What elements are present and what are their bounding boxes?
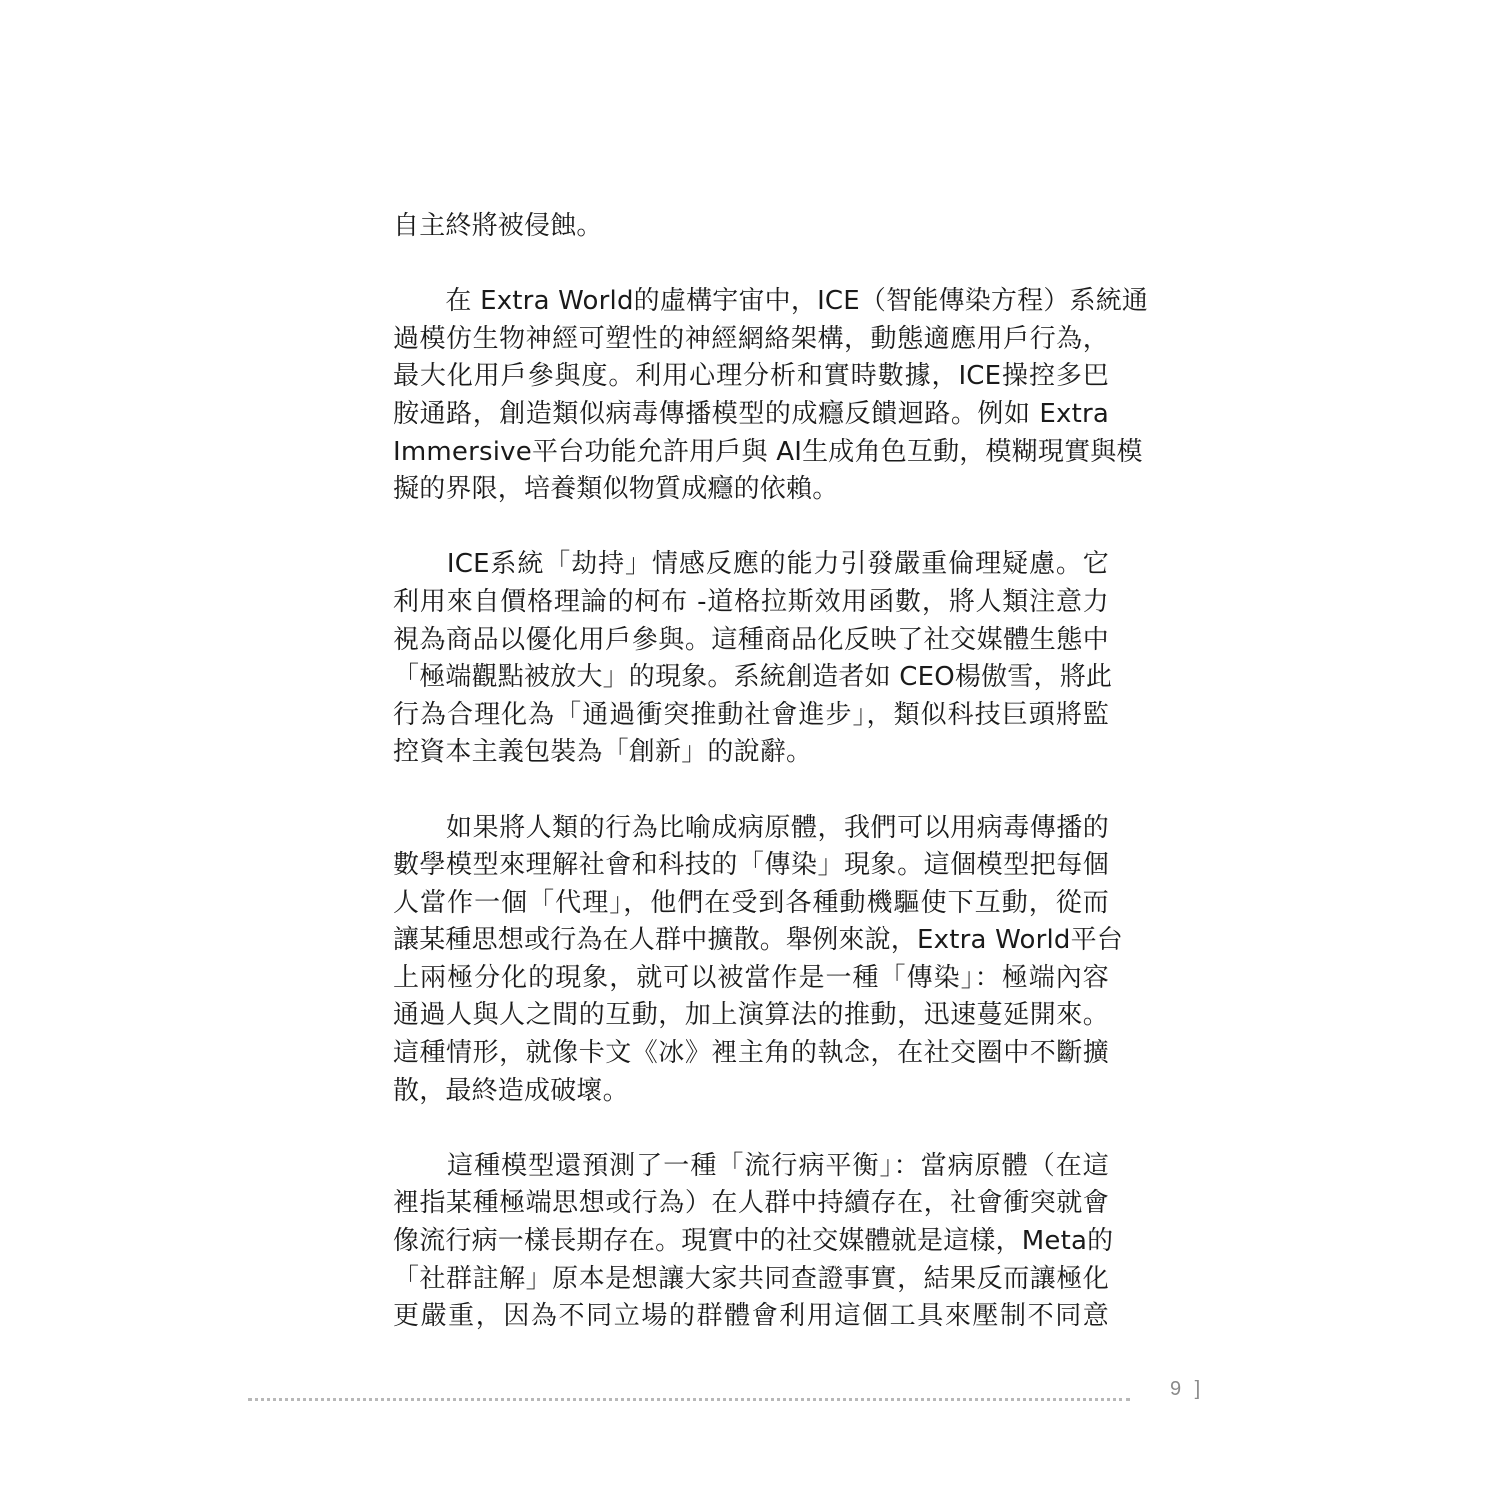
text-line: 「極端觀點被放大」的現象。系統創造者如 CEO楊傲雪，將此 xyxy=(393,659,1109,697)
paragraph-gap xyxy=(393,246,1109,284)
paragraph: 自主終將被侵蝕。 xyxy=(393,208,1109,246)
text-line: 像流行病一樣長期存在。現實中的社交媒體就是這樣，Meta的 xyxy=(393,1223,1109,1261)
text-line: 上兩極分化的現象，就可以被當作是一種「傳染」：極端內容 xyxy=(393,960,1109,998)
text-line: 如果將人類的行為比喻成病原體，我們可以用病毒傳播的 xyxy=(393,810,1109,848)
text-line: 胺通路，創造類似病毒傳播模型的成癮反饋迴路。例如 Extra xyxy=(393,396,1109,434)
text-line: 人當作一個「代理」，他們在受到各種動機驅使下互動，從而 xyxy=(393,885,1109,923)
text-line: 數學模型來理解社會和科技的「傳染」現象。這個模型把每個 xyxy=(393,847,1109,885)
text-line: 這種模型還預測了一種「流行病平衡」：當病原體（在這 xyxy=(393,1148,1109,1186)
text-line: 裡指某種極端思想或行為）在人群中持續存在，社會衝突就會 xyxy=(393,1185,1109,1223)
paragraph: ICE系統「劫持」情感反應的能力引發嚴重倫理疑慮。它 利用來自價格理論的柯布 -… xyxy=(393,546,1109,772)
body-text: 自主終將被侵蝕。 在 Extra World的虛構宇宙中，ICE（智能傳染方程）… xyxy=(393,208,1109,1336)
text-line: 控資本主義包裝為「創新」的說辭。 xyxy=(393,734,1109,772)
text-line: 這種情形，就像卡文《冰》裡主角的執念，在社交圈中不斷擴 xyxy=(393,1035,1109,1073)
text-line: 過模仿生物神經可塑性的神經網絡架構，動態適應用戶行為， xyxy=(393,321,1109,359)
paragraph-gap xyxy=(393,772,1109,810)
text-line: 讓某種思想或行為在人群中擴散。舉例來說，Extra World平台 xyxy=(393,922,1109,960)
text-line: 自主終將被侵蝕。 xyxy=(393,208,1109,246)
paragraph: 這種模型還預測了一種「流行病平衡」：當病原體（在這 裡指某種極端思想或行為）在人… xyxy=(393,1148,1109,1336)
paragraph-gap xyxy=(393,1110,1109,1148)
text-line: ICE系統「劫持」情感反應的能力引發嚴重倫理疑慮。它 xyxy=(393,546,1109,584)
paragraph: 在 Extra World的虛構宇宙中，ICE（智能傳染方程）系統通 過模仿生物… xyxy=(393,283,1109,509)
paragraph-gap xyxy=(393,509,1109,547)
text-line: 通過人與人之間的互動，加上演算法的推動，迅速蔓延開來。 xyxy=(393,997,1109,1035)
text-line: 視為商品以優化用戶參與。這種商品化反映了社交媒體生態中 xyxy=(393,622,1109,660)
text-line: 散，最終造成破壞。 xyxy=(393,1073,1109,1111)
page-number: 9 ] xyxy=(1170,1378,1204,1401)
text-line: 最大化用戶參與度。利用心理分析和實時數據，ICE操控多巴 xyxy=(393,358,1109,396)
text-line: 擬的界限，培養類似物質成癮的依賴。 xyxy=(393,471,1109,509)
document-page: 自主終將被侵蝕。 在 Extra World的虛構宇宙中，ICE（智能傳染方程）… xyxy=(0,0,1500,1500)
text-line: 行為合理化為「通過衝突推動社會進步」，類似科技巨頭將監 xyxy=(393,697,1109,735)
text-line: 「社群註解」原本是想讓大家共同查證事實，結果反而讓極化 xyxy=(393,1261,1109,1299)
text-line: 在 Extra World的虛構宇宙中，ICE（智能傳染方程）系統通 xyxy=(393,283,1109,321)
footer-dotted-rule xyxy=(248,1398,1130,1401)
text-line: 利用來自價格理論的柯布 -道格拉斯效用函數，將人類注意力 xyxy=(393,584,1109,622)
text-line: 更嚴重，因為不同立場的群體會利用這個工具來壓制不同意 xyxy=(393,1298,1109,1336)
paragraph: 如果將人類的行為比喻成病原體，我們可以用病毒傳播的 數學模型來理解社會和科技的「… xyxy=(393,810,1109,1111)
text-line: Immersive平台功能允許用戶與 AI生成角色互動，模糊現實與模 xyxy=(393,434,1109,472)
